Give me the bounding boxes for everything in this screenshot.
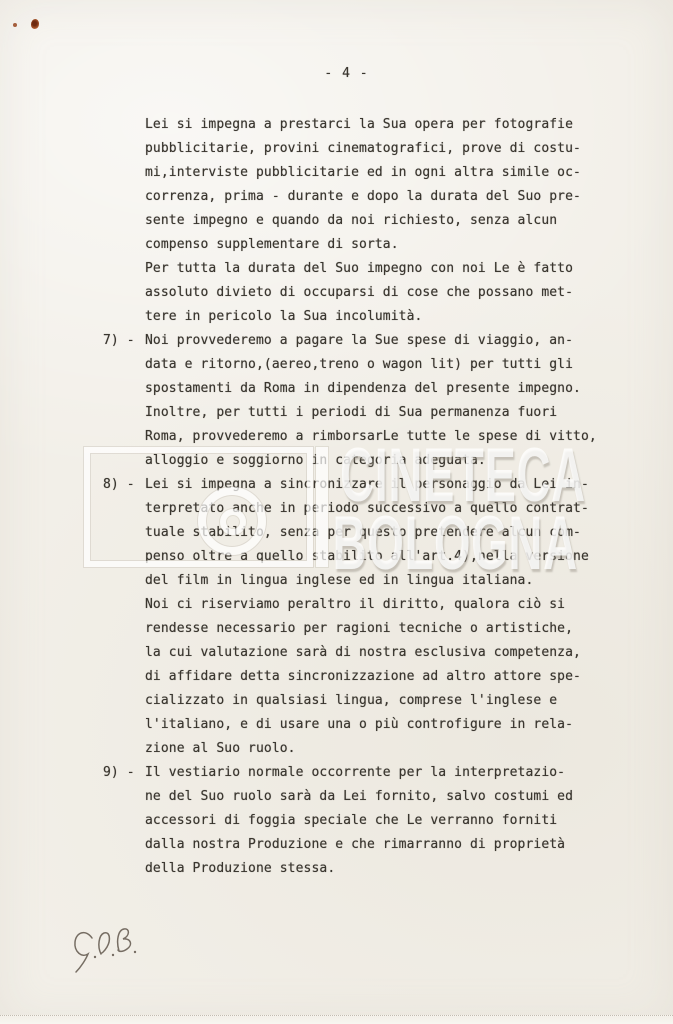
text-line: tere in pericolo la Sua incolumità. [145,305,603,329]
text-line: l'italiano, e di usare una o più controf… [145,713,603,737]
paragraph-block: 9) -Il vestiario normale occorrente per … [103,761,603,881]
item-number: 9) - [103,761,135,785]
paragraph-block: 7) -Noi provvederemo a pagare la Sue spe… [103,329,603,473]
text-line: sente impegno e quando da noi richiesto,… [145,209,603,233]
text-line: penso oltre a quello stabilito all'art.4… [145,545,603,569]
text-line: Noi ci riserviamo peraltro il diritto, q… [145,593,603,617]
paper-speck [13,23,17,27]
text-line: cializzato in qualsiasi lingua, comprese… [145,689,603,713]
text-line: zione al Suo ruolo. [145,737,603,761]
text-line: di affidare detta sincronizzazione ad al… [145,665,603,689]
item-number: 7) - [103,329,135,353]
text-line: ne del Suo ruolo sarà da Lei fornito, sa… [145,785,603,809]
text-line: Inoltre, per tutti i periodi di Sua perm… [145,401,603,425]
text-line: terpretato anche in periodo successivo a… [145,497,603,521]
document-body: Lei si impegna a prestarci la Sua opera … [103,113,603,881]
text-line: correnza, prima - durante e dopo la dura… [145,185,603,209]
text-line: tuale stabilito, senza per questo preten… [145,521,603,545]
paragraph-block: 8) -Lei si impegna a sincronizzare il pe… [103,473,603,761]
text-line: della Produzione stessa. [145,857,603,881]
item-number: 8) - [103,473,135,497]
text-line: Noi provvederemo a pagare la Sue spese d… [145,329,603,353]
text-line: mi,interviste pubblicitarie ed in ogni a… [145,161,603,185]
paragraph-block: Lei si impegna a prestarci la Sua opera … [103,113,603,329]
page-number: - 4 - [10,66,673,81]
text-line: assoluto divieto di occuparsi di cose ch… [145,281,603,305]
text-line: Lei si impegna a sincronizzare il person… [145,473,603,497]
text-line: data e ritorno,(aereo,treno o wagon lit)… [145,353,603,377]
text-line: pubblicitarie, provini cinematografici, … [145,137,603,161]
document-page: - 4 - Lei si impegna a prestarci la Sua … [0,0,673,1024]
text-line: dalla nostra Produzione e che rimarranno… [145,833,603,857]
text-line: Roma, provvederemo a rimborsarLe tutte l… [145,425,603,449]
text-line: compenso supplementare di sorta. [145,233,603,257]
paper-speck [31,19,39,29]
text-line: Per tutta la durata del Suo impegno con … [145,257,603,281]
text-line: alloggio e soggiorno in categoria adegua… [145,449,603,473]
text-line: accessori di foggia speciale che Le verr… [145,809,603,833]
page-bottom-edge [0,1015,673,1024]
text-line: del film in lingua inglese ed in lingua … [145,569,603,593]
text-line: rendesse necessario per ragioni tecniche… [145,617,603,641]
text-line: spostamenti da Roma in dipendenza del pr… [145,377,603,401]
text-line: Lei si impegna a prestarci la Sua opera … [145,113,603,137]
handwritten-initials [70,925,142,979]
text-line: Il vestiario normale occorrente per la i… [145,761,603,785]
text-line: la cui valutazione sarà di nostra esclus… [145,641,603,665]
